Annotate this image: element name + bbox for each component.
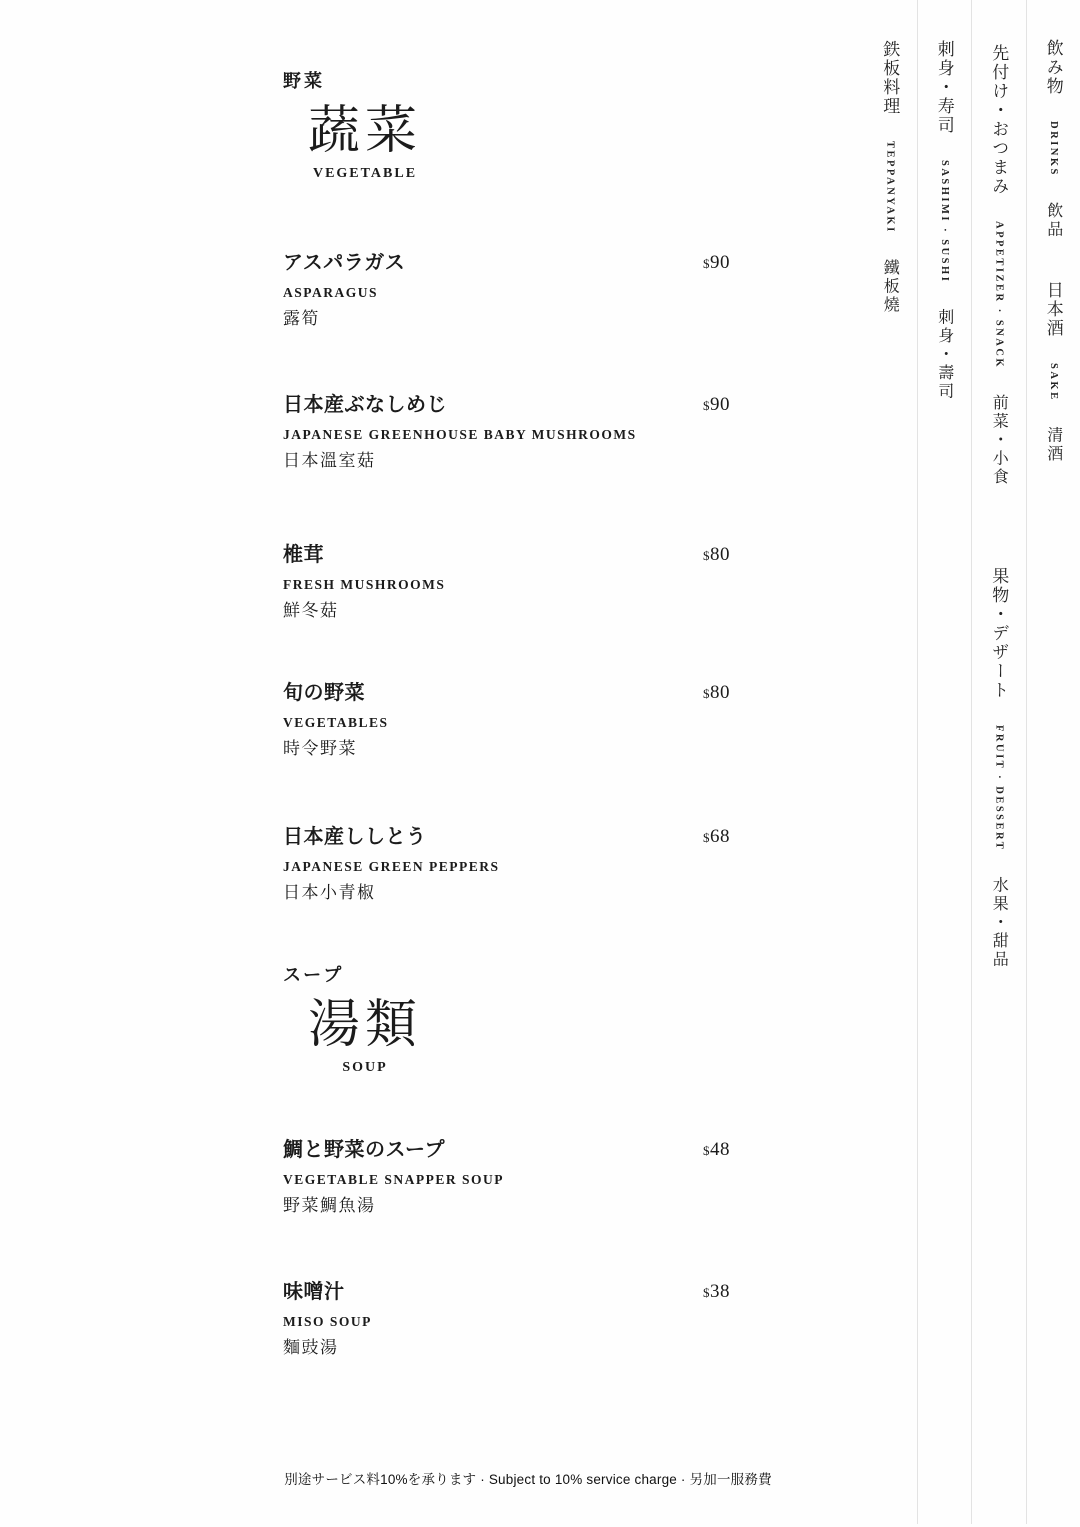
service-charge-note: 別途サービス料10%を承ります · Subject to 10% service… [0,1468,1056,1488]
nav-column-teppanyaki: 鉄板料理TEPPANYAKI鐵板燒 [863,0,917,1524]
nav-tab-appetizer-snack[interactable]: 先付け・おつまみAPPETIZER · SNACK前菜・小食 [986,44,1011,487]
nav-tab-label-zh: 前菜・小食 [990,394,1007,487]
nav-tab-fruit-dessert[interactable]: 果物・デザートFRUIT · DESSERT水果・甜品 [986,567,1011,969]
nav-tab-label-en: APPETIZER · SNACK [993,221,1004,369]
item-name-jp: 日本産ししとう [283,824,753,850]
item-name-zh: 日本溫室菇 [283,450,753,472]
section-title-zh: 蔬菜 [308,101,422,163]
item-price: $90 [703,394,730,416]
menu-item-fresh-mushrooms: 椎茸 FRESH MUSHROOMS 鮮冬菇 $80 [283,542,753,622]
section-title-block: 湯類 SOUP [308,995,422,1075]
nav-tab-label-jp: 果物・デザート [989,567,1008,700]
nav-tab-label-en: FRUIT · DESSERT [993,725,1004,851]
item-price: $80 [703,544,730,566]
menu-item-miso-soup: 味噌汁 MISO SOUP 麵豉湯 $38 [283,1279,753,1359]
item-name-zh: 鮮冬菇 [283,600,753,622]
nav-tab-label-jp: 飲み物 [1044,39,1063,96]
item-name-zh: 野菜鯛魚湯 [283,1195,753,1217]
section-nav: 鉄板料理TEPPANYAKI鐵板燒 刺身・寿司SASHIMI · SUSHI刺身… [863,0,1080,1524]
item-name-jp: 椎茸 [283,542,753,568]
item-name-jp: アスパラガス [283,250,753,276]
nav-tab-label-jp: 鉄板料理 [880,40,899,116]
nav-tab-label-zh: 鐵板燒 [881,259,898,315]
item-name-jp: 鯛と野菜のスープ [283,1137,753,1163]
item-price: $38 [703,1281,730,1303]
item-name-en: VEGETABLES [283,714,753,732]
item-price: $68 [703,826,730,848]
section-header-soup: スープ 湯類 SOUP [283,964,422,1076]
nav-tab-label-jp: 先付け・おつまみ [989,44,1008,196]
nav-tab-label-jp: 刺身・寿司 [935,40,954,135]
item-name-en: JAPANESE GREEN PEPPERS [283,858,753,876]
section-label-jp: スープ [283,964,422,987]
menu-item-snapper-soup: 鯛と野菜のスープ VEGETABLE SNAPPER SOUP 野菜鯛魚湯 $4… [283,1137,753,1217]
nav-tab-label-zh: 飲品 [1045,202,1062,239]
item-name-jp: 味噌汁 [283,1279,753,1305]
item-name-zh: 時令野菜 [283,738,753,760]
nav-tab-label-en: TEPPANYAKI [884,141,895,234]
menu-item-green-peppers: 日本産ししとう JAPANESE GREEN PEPPERS 日本小青椒 $68 [283,824,753,904]
nav-column-appetizer-dessert: 先付け・おつまみAPPETIZER · SNACK前菜・小食 果物・デザートFR… [971,0,1026,1524]
item-price: $90 [703,252,730,274]
nav-tab-drinks[interactable]: 飲み物DRINKS飲品 [1041,39,1066,239]
nav-tab-label-en: DRINKS [1048,121,1059,177]
item-price: $80 [703,682,730,704]
section-label-jp: 野菜 [283,70,422,93]
menu-page: 野菜 蔬菜 VEGETABLE アスパラガス ASPARAGUS 露筍 $90 … [0,0,1080,1527]
item-name-en: FRESH MUSHROOMS [283,576,753,594]
nav-tab-label-en: SASHIMI · SUSHI [939,160,950,283]
menu-item-vegetables: 旬の野菜 VEGETABLES 時令野菜 $80 [283,680,753,760]
item-name-jp: 旬の野菜 [283,680,753,706]
nav-tab-label-jp: 日本酒 [1044,281,1063,338]
menu-item-baby-mushrooms: 日本産ぶなしめじ JAPANESE GREENHOUSE BABY MUSHRO… [283,392,753,472]
item-name-en: VEGETABLE SNAPPER SOUP [283,1171,753,1189]
section-label-en: VEGETABLE [308,166,422,182]
nav-column-drinks-sake: 飲み物DRINKS飲品 日本酒SAKE清酒 [1026,0,1080,1524]
nav-tab-label-en: SAKE [1048,363,1059,402]
nav-tab-teppanyaki[interactable]: 鉄板料理TEPPANYAKI鐵板燒 [877,40,902,314]
item-name-en: JAPANESE GREENHOUSE BABY MUSHROOMS [283,426,753,444]
item-name-zh: 露筍 [283,308,753,330]
nav-tab-label-zh: 清酒 [1045,426,1062,463]
item-price: $48 [703,1139,730,1161]
nav-tab-label-zh: 刺身・壽司 [936,308,953,401]
section-title-zh: 湯類 [308,995,422,1057]
section-label-en: SOUP [308,1060,422,1076]
item-name-zh: 麵豉湯 [283,1337,753,1359]
nav-tab-sashimi-sushi[interactable]: 刺身・寿司SASHIMI · SUSHI刺身・壽司 [932,40,957,401]
item-name-en: MISO SOUP [283,1313,753,1331]
nav-tab-label-zh: 水果・甜品 [990,876,1007,969]
nav-column-sashimi-sushi: 刺身・寿司SASHIMI · SUSHI刺身・壽司 [917,0,972,1524]
nav-tab-sake[interactable]: 日本酒SAKE清酒 [1041,281,1066,464]
item-name-jp: 日本産ぶなしめじ [283,392,753,418]
section-title-block: 蔬菜 VEGETABLE [308,101,422,181]
menu-item-asparagus: アスパラガス ASPARAGUS 露筍 $90 [283,250,753,330]
item-name-zh: 日本小青椒 [283,882,753,904]
item-name-en: ASPARAGUS [283,284,753,302]
section-header-vegetable: 野菜 蔬菜 VEGETABLE [283,70,422,182]
